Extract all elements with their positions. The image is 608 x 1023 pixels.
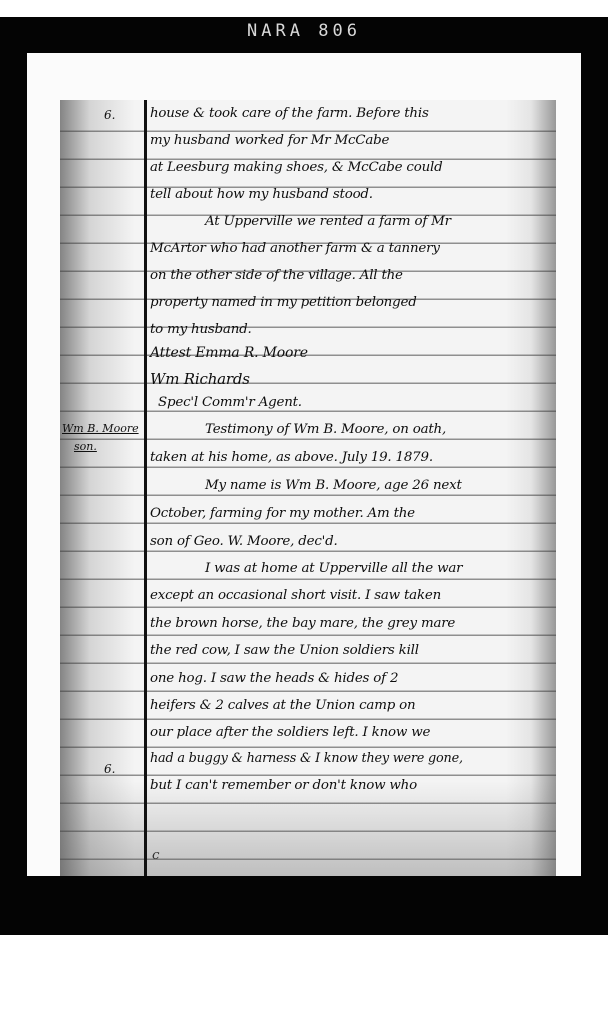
text-line: one hog. I saw the heads & hides of 2 [150,671,398,686]
text-line: taken at his home, as above. July 19. 18… [150,450,433,465]
text-line: to my husband. [150,322,252,337]
text-line: except an occasional short visit. I saw … [150,588,441,603]
text-line: October, farming for my mother. Am the [150,506,415,521]
text-line: At Upperville we rented a farm of Mr [205,214,451,229]
margin-page-number: 6. [104,108,115,122]
text-line: our place after the soldiers left. I kno… [150,725,430,740]
commissioner-title: Spec'l Comm'r Agent. [158,395,302,410]
text-line: property named in my petition belonged [150,295,417,310]
text-line: son of Geo. W. Moore, dec'd. [150,534,338,549]
ledger-page: 6. Wm B. Moore son. 6. house & took care… [60,100,556,876]
text-line: had a buggy & harness & I know they were… [150,751,463,766]
attest-signature-line: Attest Emma R. Moore [150,345,308,361]
handwritten-text: house & took care of the farm. Before th… [150,100,550,876]
margin-witness-relation: son. [74,440,97,453]
stray-mark: c [152,848,159,863]
margin-witness-name: Wm B. Moore [62,422,139,435]
text-line: at Leesburg making shoes, & McCabe could [150,160,442,175]
text-line: house & took care of the farm. Before th… [150,106,429,121]
margin-page-number-bottom: 6. [104,762,115,776]
text-line: McArtor who had another farm & a tannery [150,241,440,256]
text-line: heifers & 2 calves at the Union camp on [150,698,415,713]
text-line: the red cow, I saw the Union soldiers ki… [150,643,419,658]
text-line: I was at home at Upperville all the war [205,561,462,576]
text-line: the brown horse, the bay mare, the grey … [150,616,455,631]
film-header-label: NARA 806 [0,20,608,42]
margin-column: 6. Wm B. Moore son. 6. [60,100,144,876]
text-line: but I can't remember or don't know who [150,778,417,793]
text-line: tell about how my husband stood. [150,187,373,202]
margin-divider [144,100,147,876]
text-line: on the other side of the village. All th… [150,268,403,283]
testimony-heading: Testimony of Wm B. Moore, on oath, [205,422,446,437]
text-line: My name is Wm B. Moore, age 26 next [205,478,462,493]
text-line: my husband worked for Mr McCabe [150,133,389,148]
commissioner-signature: Wm Richards [150,370,250,388]
